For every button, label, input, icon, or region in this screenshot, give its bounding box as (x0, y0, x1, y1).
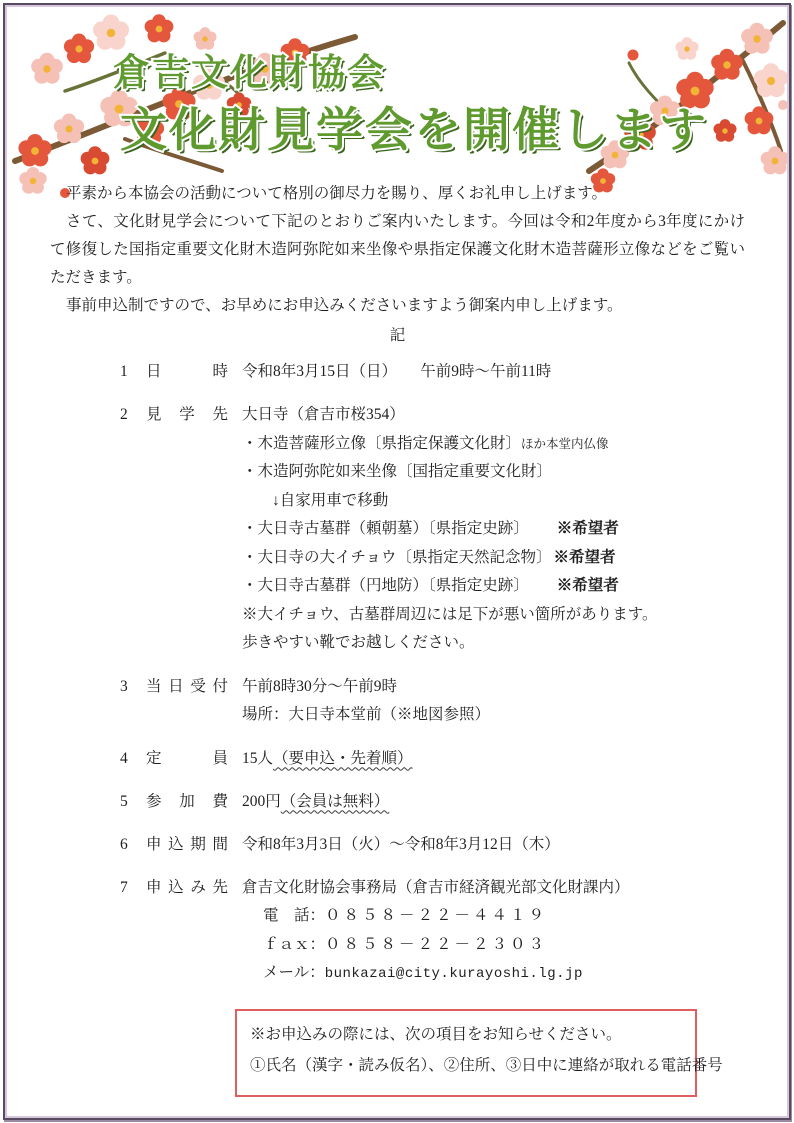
optional-mark: ※希望者 (557, 520, 619, 537)
notice-line-2: ①氏名（漢字・読み仮名）、②住所、③日中に連絡が取れる電話番号 (250, 1050, 682, 1081)
bullet-ginkgo: ・大日寺の大イチョウ〔県指定天然記念物〕※希望者 (242, 544, 745, 573)
org-title: 倉吉文化財協会 (113, 52, 386, 93)
item-value: 200円（会員は無料） (242, 788, 745, 816)
item-number: 4 (120, 745, 146, 773)
item-value: 令和8年3月3日（火）～令和8年3月12日（木） (242, 831, 745, 859)
fax-number: ０８５８－２２－２３０３ (325, 936, 547, 953)
bullet-tombs-enjibo: ・大日寺古墓群（円地防）〔県指定史跡〕※希望者 (242, 572, 745, 601)
bullet-text: ・木造菩薩形立像〔県指定保護文化財〕 (242, 435, 521, 452)
intro-paragraph-1: 平素から本協会の活動について格別の御尽力を賜り、厚くお礼申し上げます。 (50, 180, 745, 208)
item-label: 定員 (146, 745, 228, 773)
bullet-statue-bosatsu: ・木造菩薩形立像〔県指定保護文化財〕ほか本堂内仏像 (242, 430, 745, 459)
footing-warning-2: 歩きやすい靴でお越しください。 (242, 629, 745, 658)
main-title: 文化財見学会を開催します (120, 103, 708, 156)
reception-time: 午前8時30分～午前9時 (242, 673, 745, 702)
move-by-car-note: ↓自家用車で移動 (272, 487, 745, 516)
item-number: 5 (120, 788, 146, 816)
item-label: 申込み先 (146, 874, 228, 989)
item-capacity: 4 定員 15人（要申込・先着順） (120, 745, 745, 773)
flyer-page: 倉吉文化財協会 倉吉文化財協会 文化財見学会を開催します 文化財見学会を開催しま… (3, 3, 791, 1120)
notice-line-1: ※お申込みの際には、次の項目をお知らせください。 (250, 1019, 682, 1050)
application-notice-box: ※お申込みの際には、次の項目をお知らせください。 ①氏名（漢字・読み仮名）、②住… (235, 1009, 697, 1097)
item-application-contact: 7 申込み先 倉吉文化財協会事務局（倉吉市経済観光部文化財課内） 電 話：０８５… (120, 874, 745, 989)
item-label: 日時 (146, 358, 228, 386)
item-reception: 3 当日受付 午前8時30分～午前9時 場所：大日寺本堂前（※地図参照） (120, 673, 745, 730)
item-value: 15人（要申込・先着順） (242, 745, 745, 773)
item-value: 令和8年3月15日（日） 午前9時～午前11時 (242, 358, 745, 386)
reception-place: 場所：大日寺本堂前（※地図参照） (242, 701, 745, 730)
title-block: 倉吉文化財協会 倉吉文化財協会 文化財見学会を開催します 文化財見学会を開催しま… (97, 45, 769, 173)
bullet-note-small: ほか本堂内仏像 (521, 437, 609, 451)
item-application-period: 6 申込期間 令和8年3月3日（火）～令和8年3月12日（木） (120, 831, 745, 859)
contact-mail: メール：bunkazai@city.kurayoshi.lg.jp (263, 959, 745, 989)
item-number: 1 (120, 358, 146, 386)
optional-mark: ※希望者 (554, 549, 616, 566)
item-value: 午前8時30分～午前9時 場所：大日寺本堂前（※地図参照） (242, 673, 745, 730)
item-fee: 5 参加費 200円（会員は無料） (120, 788, 745, 816)
bullet-statue-amida: ・木造阿弥陀如来坐像〔国指定重要文化財〕 (242, 458, 745, 487)
item-datetime: 1 日時 令和8年3月15日（日） 午前9時～午前11時 (120, 358, 745, 386)
destination-name: 大日寺（倉吉市桜354） (242, 401, 745, 430)
item-label: 見学先 (146, 401, 228, 658)
item-value: 大日寺（倉吉市桜354） ・木造菩薩形立像〔県指定保護文化財〕ほか本堂内仏像 ・… (242, 401, 745, 658)
intro-paragraphs: 平素から本協会の活動について格別の御尽力を賜り、厚くお礼申し上げます。 さて、文… (50, 180, 745, 320)
tel-number: ０８５８－２２－４４１９ (325, 907, 547, 924)
contact-office: 倉吉文化財協会事務局（倉吉市経済観光部文化財課内） (242, 874, 745, 903)
mail-address: bunkazai@city.kurayoshi.lg.jp (325, 966, 583, 982)
fax-label: ｆａｘ： (263, 936, 325, 953)
contact-fax: ｆａｘ：０８５８－２２－２３０３ (263, 931, 745, 960)
item-number: 3 (120, 673, 146, 730)
optional-mark: ※希望者 (557, 577, 619, 594)
contact-tel: 電 話：０８５８－２２－４４１９ (263, 902, 745, 931)
bullet-text: ・大日寺古墓群（頼朝墓）〔県指定史跡〕 (242, 520, 529, 537)
flyer-body: 平素から本協会の活動について格別の御尽力を賜り、厚くお礼申し上げます。 さて、文… (5, 180, 789, 1097)
ki-heading: 記 (50, 322, 745, 350)
footing-warning-1: ※大イチョウ、古墓群周辺には足下が悪い箇所があります。 (242, 601, 745, 630)
item-label: 申込期間 (146, 831, 228, 859)
capacity-condition: （要申込・先着順） (273, 750, 413, 767)
bullet-text: ・大日寺の大イチョウ〔県指定天然記念物〕 (242, 549, 552, 566)
intro-paragraph-2: さて、文化財見学会について下記のとおりご案内いたします。今回は令和2年度から3年… (50, 208, 745, 292)
bullet-text: ・大日寺古墓群（円地防）〔県指定史跡〕 (242, 577, 529, 594)
item-number: 7 (120, 874, 146, 989)
intro-paragraph-3: 事前申込制ですので、お早めにお申込みくださいますよう御案内申し上げます。 (50, 292, 745, 320)
flyer-header: 倉吉文化財協会 倉吉文化財協会 文化財見学会を開催します 文化財見学会を開催しま… (5, 5, 789, 180)
item-number: 2 (120, 401, 146, 658)
item-label: 参加費 (146, 788, 228, 816)
item-value: 倉吉文化財協会事務局（倉吉市経済観光部文化財課内） 電 話：０８５８－２２－４４… (242, 874, 745, 989)
item-destination: 2 見学先 大日寺（倉吉市桜354） ・木造菩薩形立像〔県指定保護文化財〕ほか本… (120, 401, 745, 658)
fee-note: （会員は無料） (281, 793, 390, 810)
mail-label: メール： (263, 964, 325, 981)
fee-amount: 200円 (242, 793, 281, 810)
item-number: 6 (120, 831, 146, 859)
item-label: 当日受付 (146, 673, 228, 730)
capacity-count: 15人 (242, 750, 273, 767)
tel-label: 電 話： (263, 907, 325, 924)
bullet-tombs-yoritomo: ・大日寺古墓群（頼朝墓）〔県指定史跡〕※希望者 (242, 515, 745, 544)
